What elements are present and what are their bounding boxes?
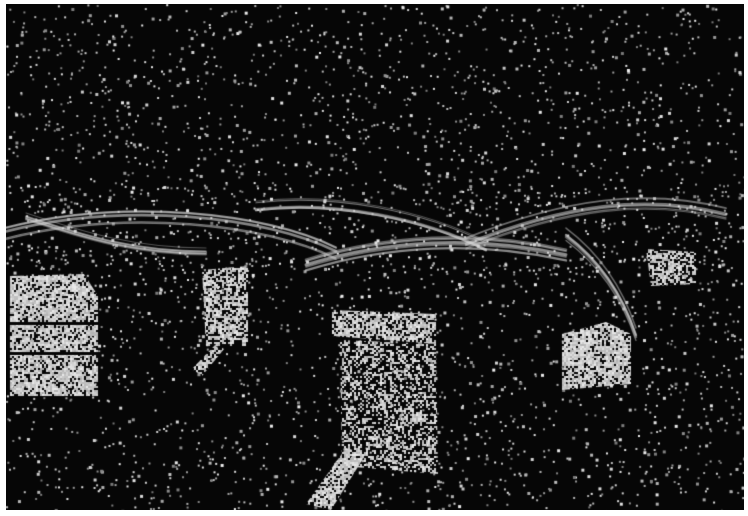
beehive-photograph bbox=[6, 4, 744, 510]
photo-canvas bbox=[6, 4, 744, 510]
photo-frame bbox=[0, 0, 748, 516]
